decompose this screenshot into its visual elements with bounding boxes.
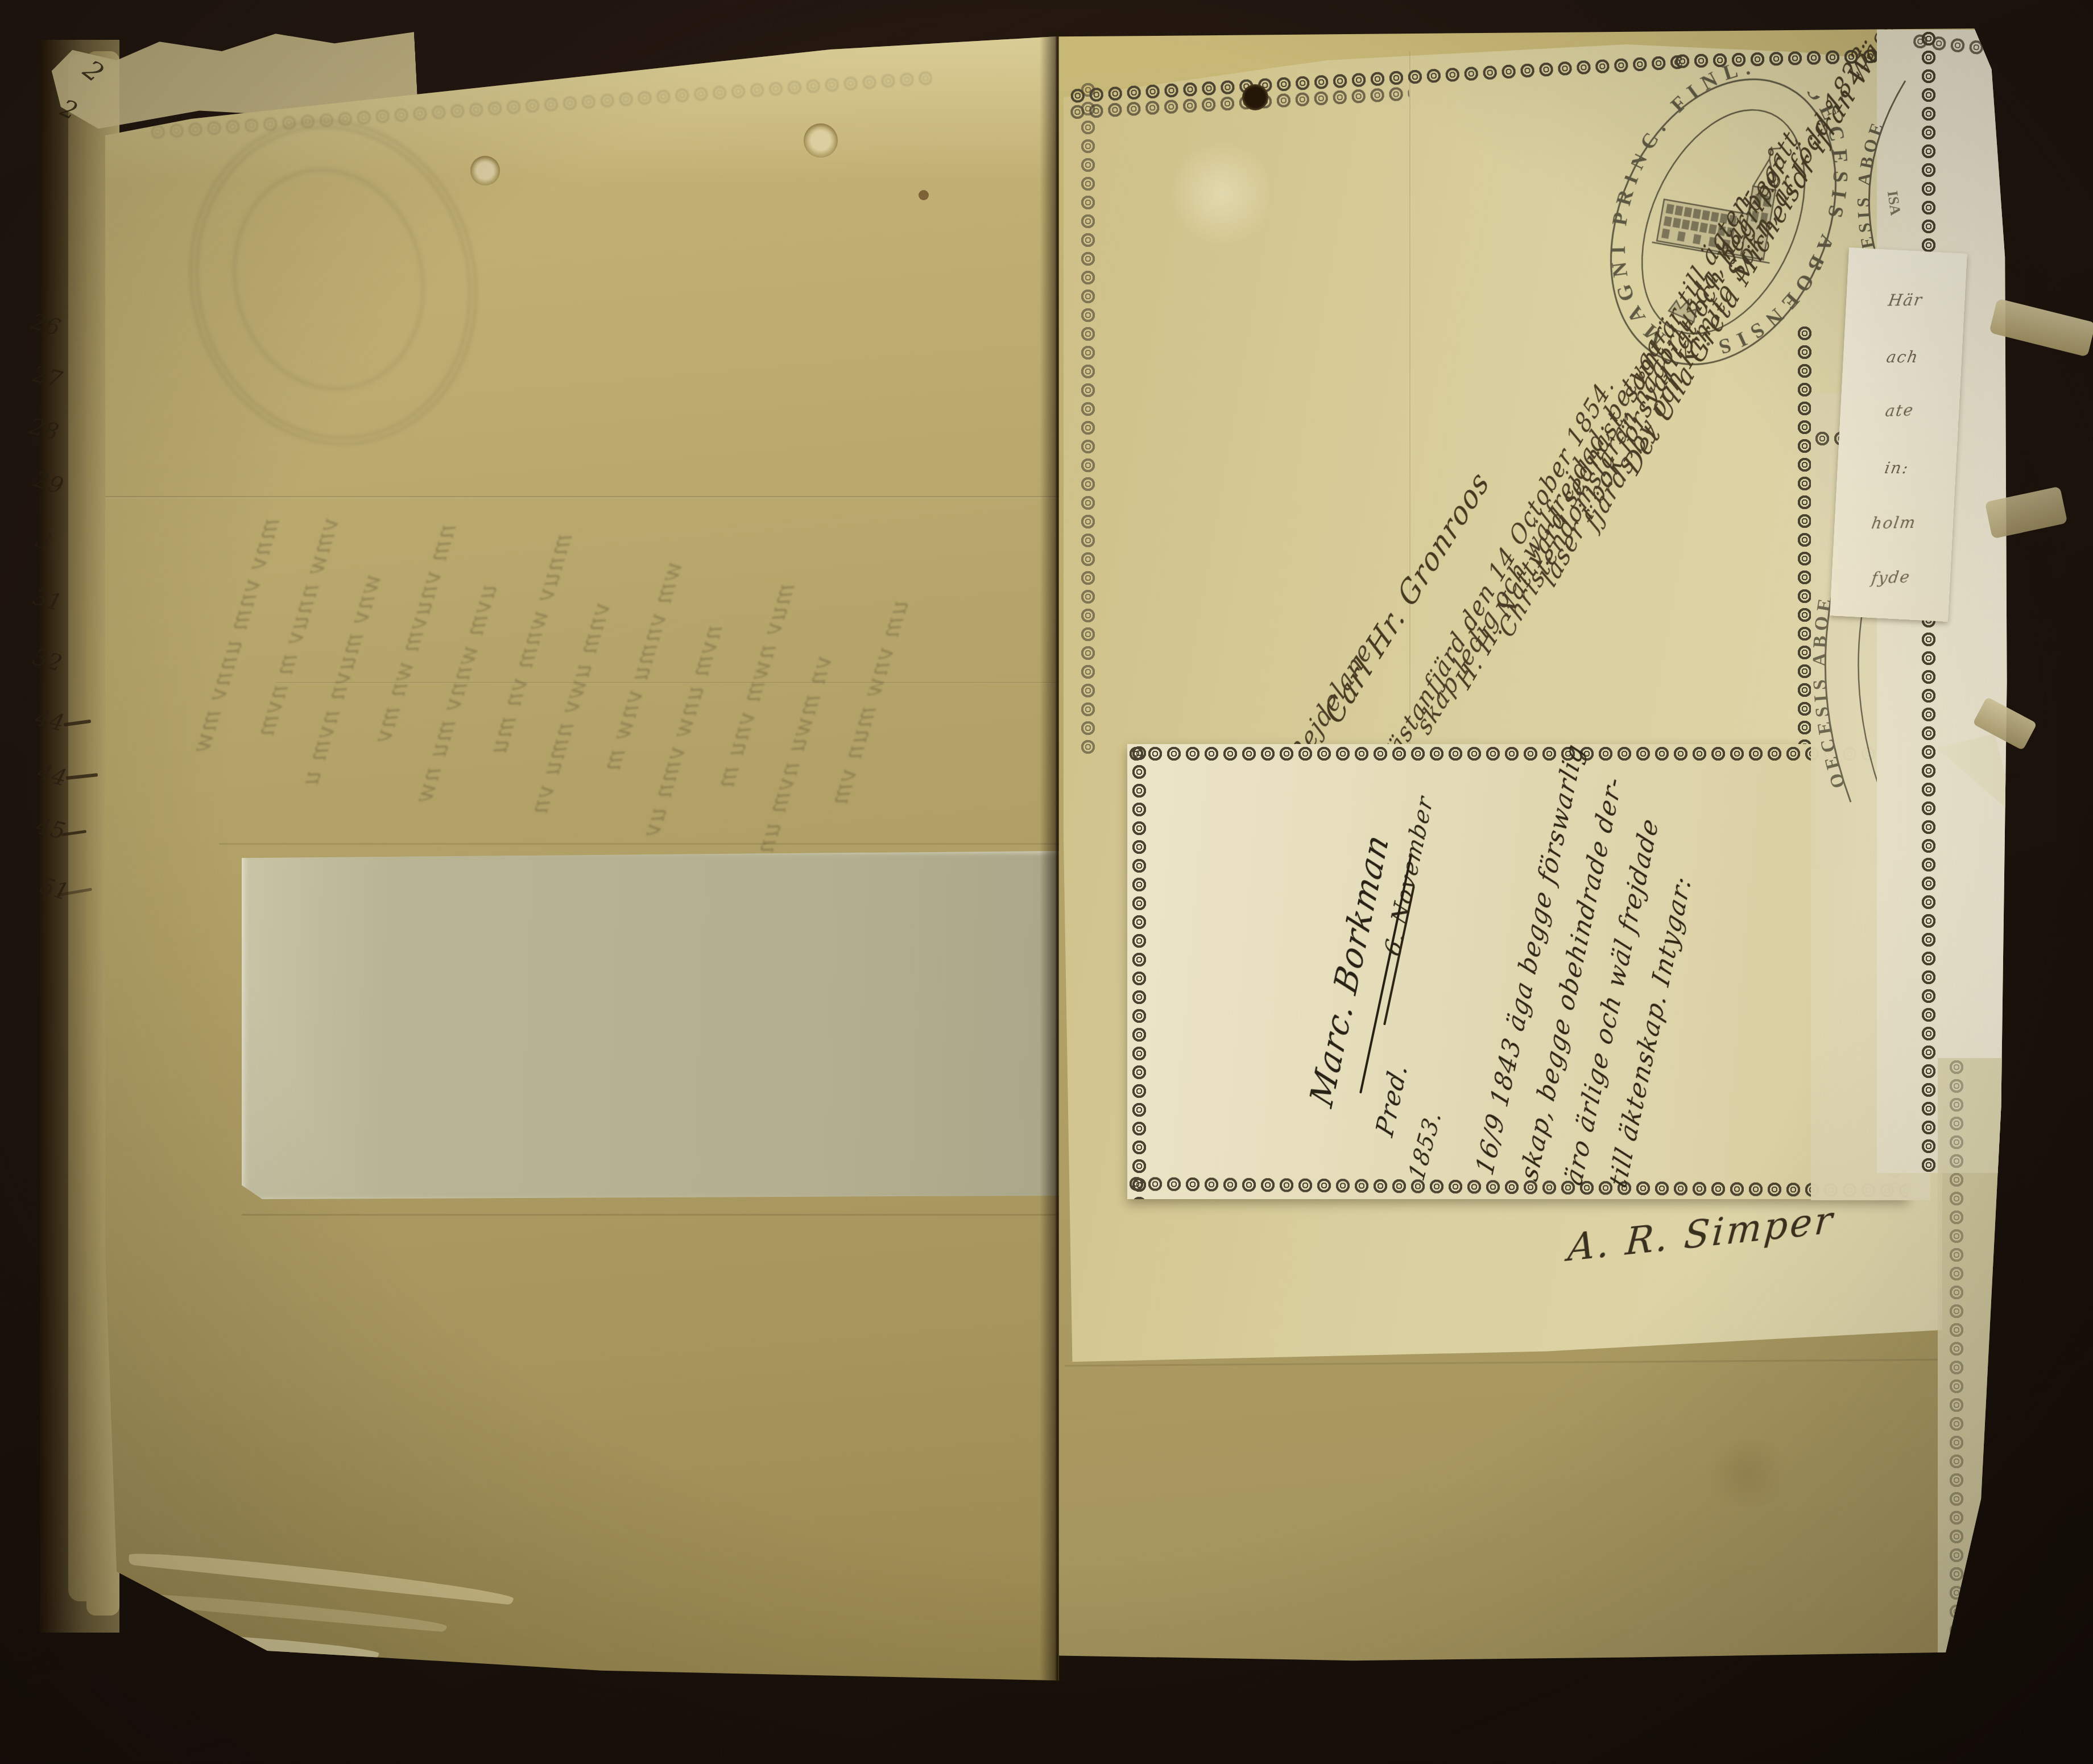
slip-line: ach bbox=[1843, 329, 1962, 385]
corner-text-fragment: ISA bbox=[1884, 189, 1904, 216]
punch-hole bbox=[804, 123, 838, 158]
punch-hole bbox=[470, 156, 500, 185]
overlay-date-year: 1853. bbox=[1404, 1108, 1447, 1183]
page-stack-edge bbox=[118, 1590, 448, 1632]
left-page-crease bbox=[105, 496, 1059, 498]
slip-line: in: bbox=[1838, 440, 1956, 496]
slip-line: holm bbox=[1834, 494, 1954, 552]
border-column-left bbox=[1079, 81, 1097, 758]
left-page-crease bbox=[276, 682, 1059, 684]
overlay-border-bottom bbox=[1127, 1175, 1908, 1199]
overlay-signer-title: Pred. bbox=[1370, 1060, 1414, 1138]
slip-line: fyde bbox=[1831, 548, 1951, 608]
overlay-border-top bbox=[1127, 745, 1908, 762]
overlay-border-left bbox=[1131, 744, 1148, 1199]
archive-book-photo: 2 2 26 27 28 29 3 31 32 44 44 45 51 mnv … bbox=[0, 0, 2093, 1764]
lower-strip-border-column bbox=[1948, 1058, 1965, 1661]
paper-stain bbox=[1702, 1439, 1793, 1507]
sheet-edge-line bbox=[219, 843, 1059, 845]
sheet-edge-line bbox=[242, 1214, 1059, 1216]
paper-stain-pale bbox=[1173, 137, 1269, 250]
svg-text:OECESIS ABOE: OECESIS ABOE bbox=[1809, 593, 1849, 790]
slip-line: Här bbox=[1846, 271, 1965, 329]
overlay-signer-name: Marc. Borkman bbox=[1302, 831, 1397, 1109]
main-document-bottom-edge bbox=[1065, 1359, 1941, 1367]
stub-number: 44 bbox=[32, 705, 67, 737]
document-crease bbox=[1409, 51, 1412, 771]
slip-line: ate bbox=[1839, 381, 1959, 440]
folded-blue-sheet bbox=[242, 851, 1059, 1199]
lower-stacked-strip bbox=[1938, 1058, 2003, 1661]
left-page: mnv vnm unnv mw vmw nnuv m nvm wnv muvn … bbox=[105, 33, 1059, 1684]
overlay-certificate: 16/9 1843 äga begge förswarlig kun- skap… bbox=[1127, 744, 1908, 1199]
handwritten-slip: Här ach ate in: holm fyde bbox=[1830, 247, 1967, 622]
page-stack-edge bbox=[112, 1628, 379, 1659]
right-page: MAGNI PRINC. FINL. DIOECESIS ABOENSIS. bbox=[1059, 28, 2015, 1662]
punch-hole-dark bbox=[1242, 84, 1268, 110]
ink-spot bbox=[919, 190, 929, 200]
